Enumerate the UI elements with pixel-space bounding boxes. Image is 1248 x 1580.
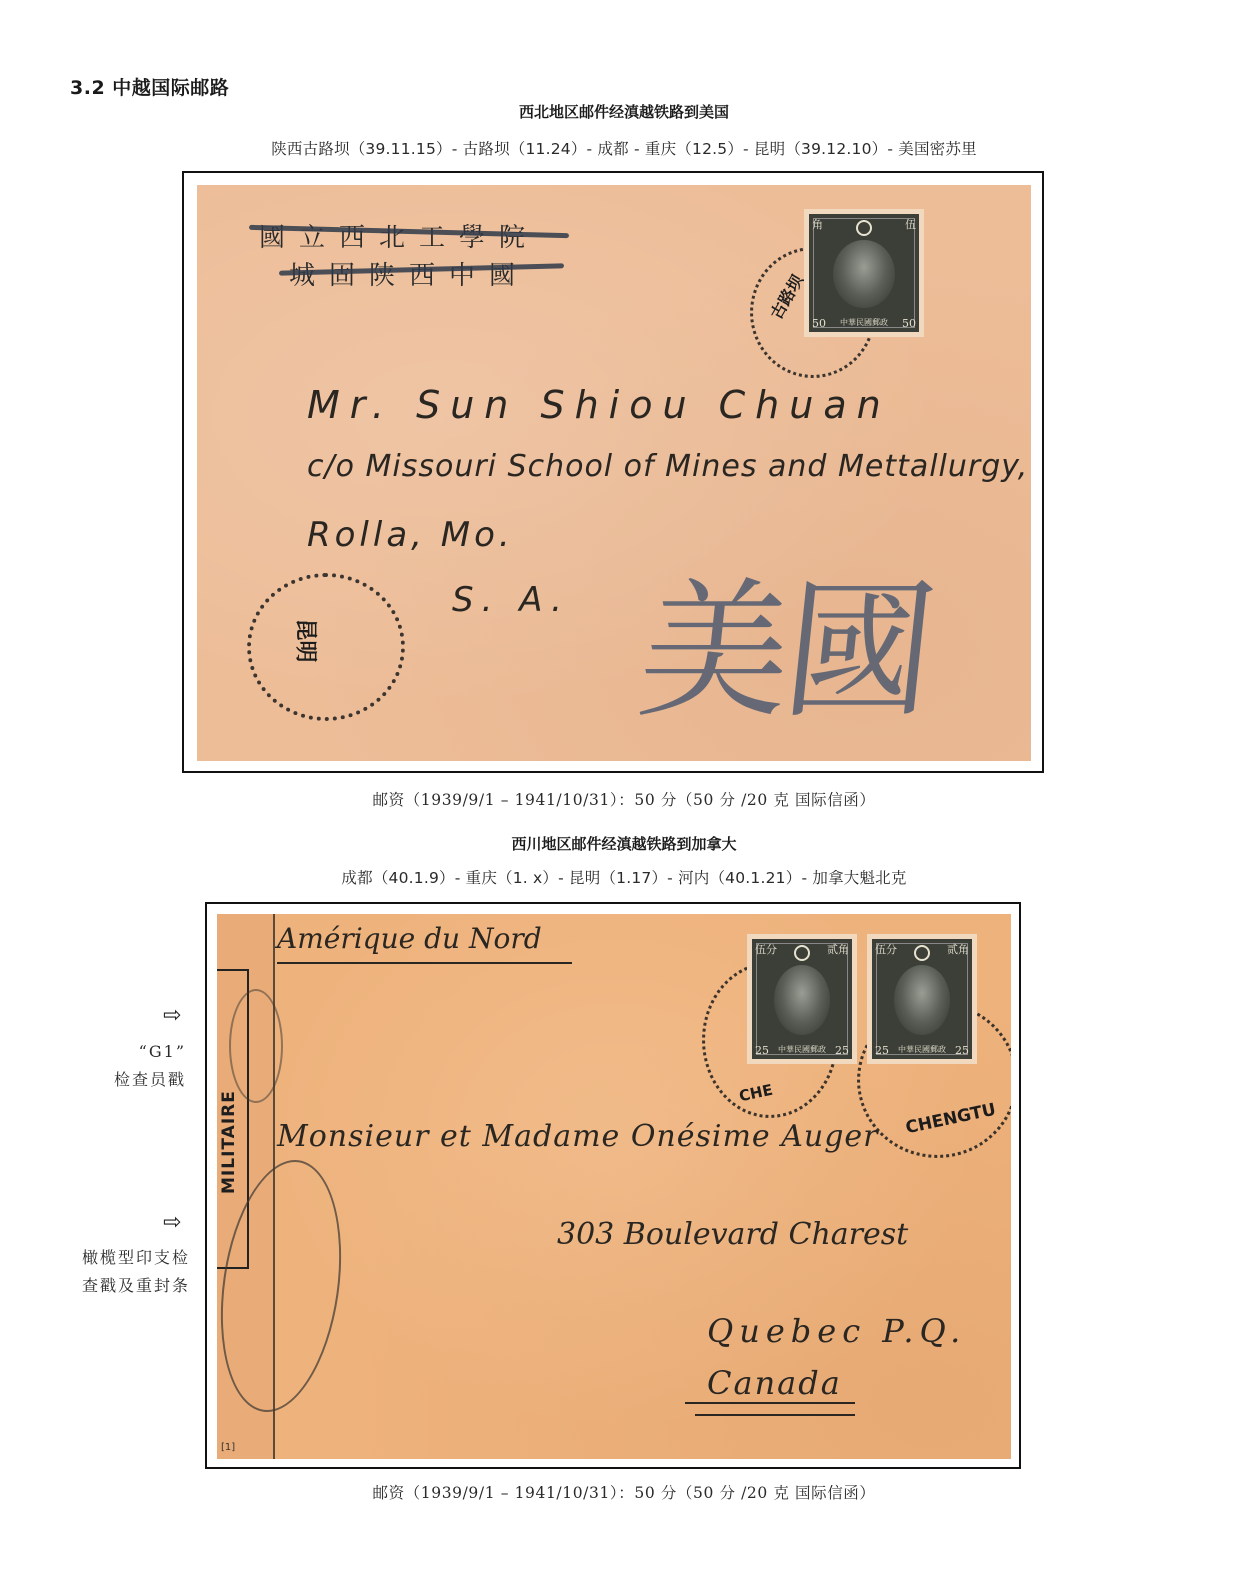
cover-2-frame: MILITAIRE [1] Amérique du Nord 伍分贰角 25中華… bbox=[205, 902, 1021, 1469]
destination-pencil-text: 美國 bbox=[631, 530, 942, 746]
address-line-1: Mr. Sun Shiou Chuan bbox=[307, 383, 891, 427]
cover-2-postage: 邮资（1939/9/1 – 1941/10/31）：50 分（50 分 /20 … bbox=[0, 1481, 1248, 1503]
stamp-25-right: 伍分贰角 25中華民國郵政25 bbox=[867, 934, 977, 1064]
stamp-portrait bbox=[833, 240, 895, 308]
stamp-portrait bbox=[894, 965, 950, 1035]
cover-2-title: 西川地区邮件经滇越铁路到加拿大 bbox=[0, 833, 1248, 854]
address-line-4: Canada bbox=[707, 1364, 842, 1402]
arrow-right-icon: ⇨ bbox=[163, 1210, 181, 1235]
section-heading: 3.2 中越国际邮路 bbox=[70, 73, 229, 100]
stamp-25-left: 伍分贰角 25中華民國郵政25 bbox=[747, 934, 857, 1064]
censor-label: MILITAIRE bbox=[219, 1090, 239, 1194]
arrow-right-icon: ⇨ bbox=[163, 1003, 181, 1028]
cover-2-route: 成都（40.1.9）- 重庆（1. x）- 昆明（1.17）- 河内（40.1.… bbox=[0, 866, 1248, 888]
address-line-2: 303 Boulevard Charest bbox=[557, 1217, 908, 1252]
cover-1-route: 陕西古路坝（39.11.15）- 古路坝（11.24）- 成都 - 重庆（12.… bbox=[0, 137, 1248, 159]
transit-postmark-text: 昆明 bbox=[292, 618, 323, 662]
stamp-50: 角伍 50中華民國郵政50 bbox=[804, 209, 924, 337]
transit-postmark bbox=[247, 573, 405, 721]
g1-censor-mark bbox=[229, 989, 283, 1103]
header-underline bbox=[277, 962, 572, 964]
annotation-olive-censor: 橄榄型印支检 查戳及重封条 bbox=[40, 1244, 190, 1300]
annotation-g1-censor: “G1” 检查员戳 bbox=[60, 1038, 186, 1094]
cover-1-envelope: 國立西北工學院 城固陕西中國 古路坝 角伍 50中華民國郵政50 Mr. Sun… bbox=[197, 185, 1031, 761]
cover-1-frame: 國立西北工學院 城固陕西中國 古路坝 角伍 50中華民國郵政50 Mr. Sun… bbox=[182, 171, 1044, 773]
address-line-4: S. A. bbox=[452, 580, 570, 620]
cover-1-title: 西北地区邮件经滇越铁路到美国 bbox=[0, 101, 1248, 122]
corner-mark: [1] bbox=[221, 1442, 235, 1453]
country-underline-2 bbox=[695, 1414, 855, 1416]
country-underline-1 bbox=[685, 1402, 855, 1404]
address-line-3: Rolla, Mo. bbox=[307, 515, 514, 555]
cover-1-postage: 邮资（1939/9/1 – 1941/10/31）：50 分（50 分 /20 … bbox=[0, 788, 1248, 810]
address-line-1: Monsieur et Madame Onésime Auger bbox=[277, 1119, 879, 1154]
cover-2-envelope: MILITAIRE [1] Amérique du Nord 伍分贰角 25中華… bbox=[217, 914, 1011, 1459]
address-line-3: Quebec P.Q. bbox=[707, 1312, 966, 1350]
header-note: Amérique du Nord bbox=[277, 922, 542, 955]
address-line-2: c/o Missouri School of Mines and Mettall… bbox=[307, 449, 1028, 484]
stamp-portrait bbox=[774, 965, 830, 1035]
